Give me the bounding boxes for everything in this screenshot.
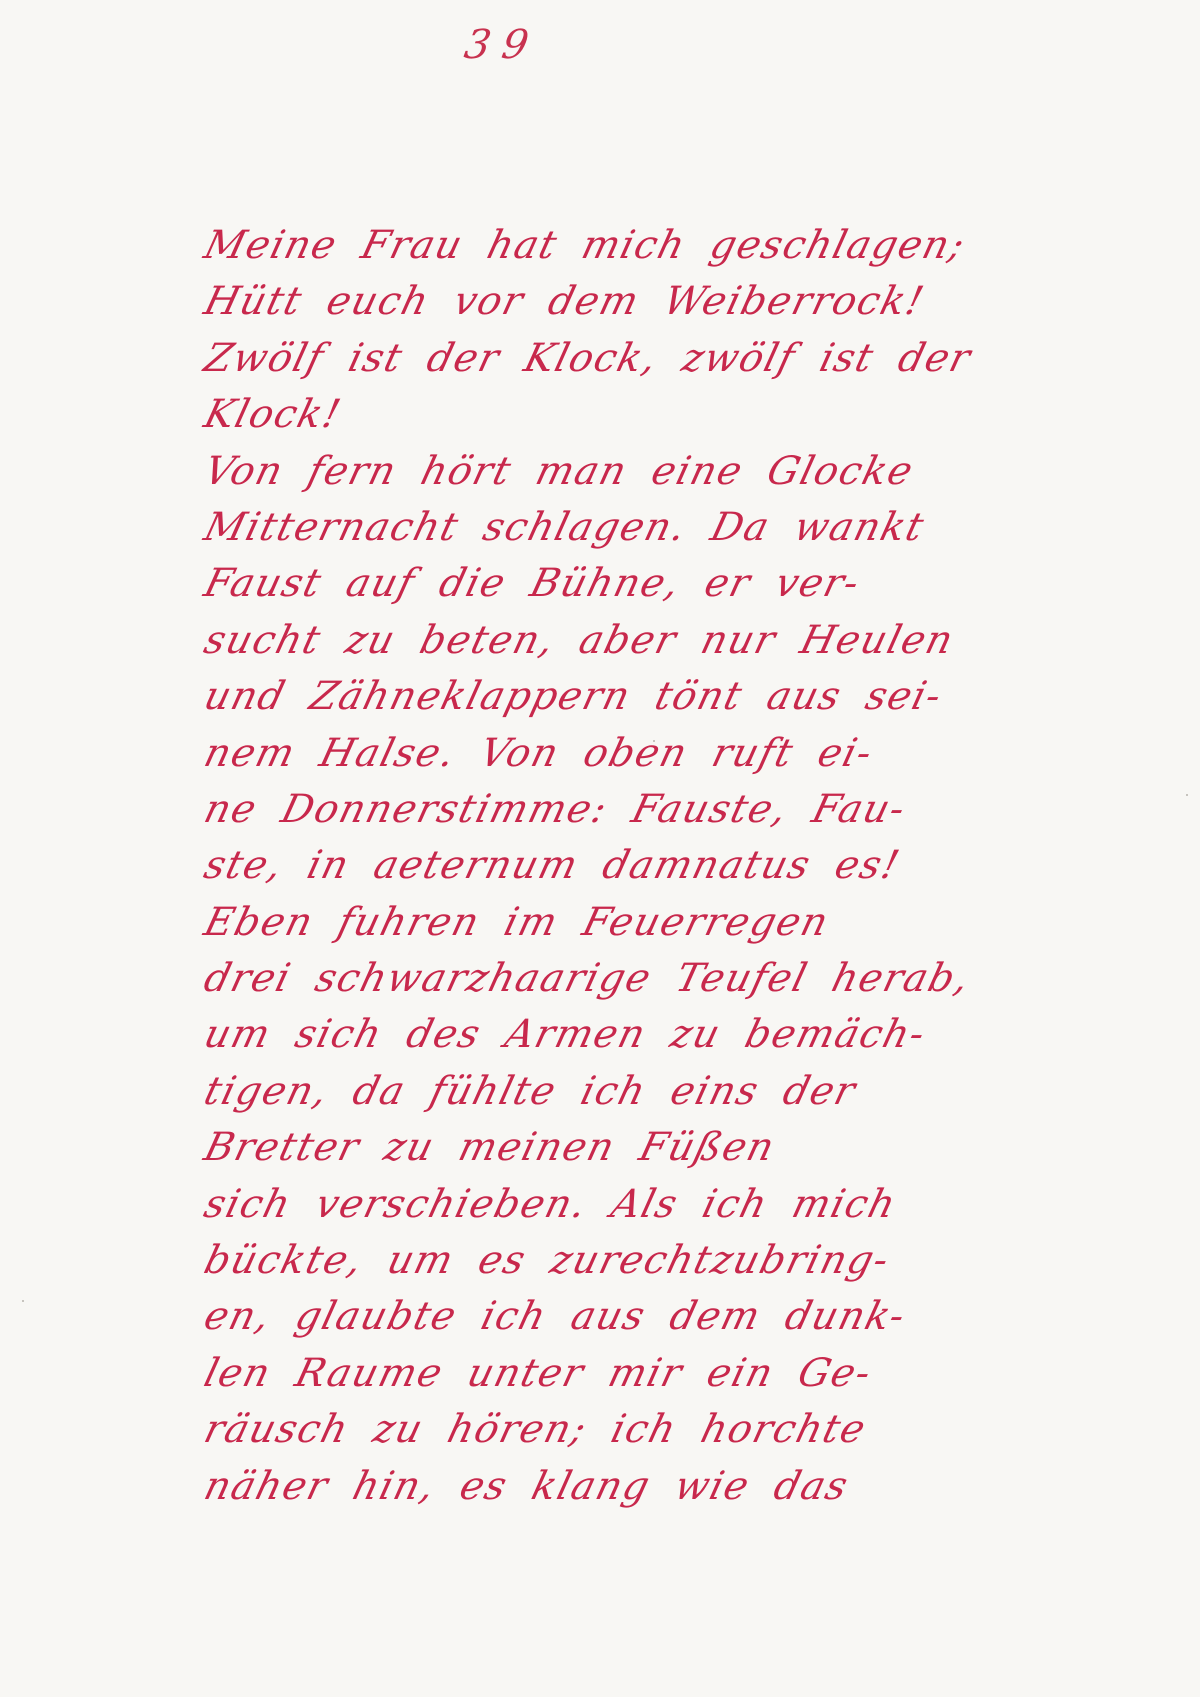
text-line: Meine Frau hat mich geschlagen; — [198, 218, 1072, 274]
text-line: tigen, da fühlte ich eins der — [198, 1064, 1072, 1120]
text-line: und Zähneklappern tönt aus sei- — [198, 669, 1072, 725]
text-line: Bretter zu meinen Füßen — [198, 1120, 1072, 1176]
text-line: näher hin, es klang wie das — [198, 1459, 1072, 1515]
page-number: 39 — [461, 22, 544, 68]
text-line: Von fern hört man eine Glocke — [198, 444, 1072, 500]
text-line: räusch zu hören; ich horchte — [198, 1402, 1072, 1458]
text-line: um sich des Armen zu bemäch- — [198, 1007, 1072, 1063]
paper-speck — [1186, 794, 1188, 796]
text-line: Eben fuhren im Feuerregen — [198, 895, 1072, 951]
text-line: sucht zu beten, aber nur Heulen — [198, 613, 1072, 669]
text-line: nem Halse. Von oben ruft ei- — [198, 726, 1072, 782]
manuscript-page: 39 Meine Frau hat mich geschlagen; Hütt … — [0, 0, 1200, 1697]
paper-speck — [22, 1300, 24, 1302]
paper-speck — [653, 740, 655, 742]
text-line: Faust auf die Bühne, er ver- — [198, 556, 1072, 612]
text-line: Hütt euch vor dem Weiberrock! — [198, 274, 1072, 330]
text-line: bückte, um es zurechtzubring- — [198, 1233, 1072, 1289]
text-line: en, glaubte ich aus dem dunk- — [198, 1289, 1072, 1345]
text-line: Mitternacht schlagen. Da wankt — [198, 500, 1072, 556]
text-line: len Raume unter mir ein Ge- — [198, 1346, 1072, 1402]
handwritten-text-block: Meine Frau hat mich geschlagen; Hütt euc… — [198, 218, 1058, 1515]
text-line: sich verschieben. Als ich mich — [198, 1177, 1072, 1233]
text-line: ne Donnerstimme: Fauste, Fau- — [198, 782, 1072, 838]
text-line: Zwölf ist der Klock, zwölf ist der — [198, 331, 1072, 387]
text-line: drei schwarzhaarige Teufel herab, — [198, 951, 1072, 1007]
text-line: Klock! — [198, 387, 1072, 443]
text-line: ste, in aeternum damnatus es! — [198, 838, 1072, 894]
